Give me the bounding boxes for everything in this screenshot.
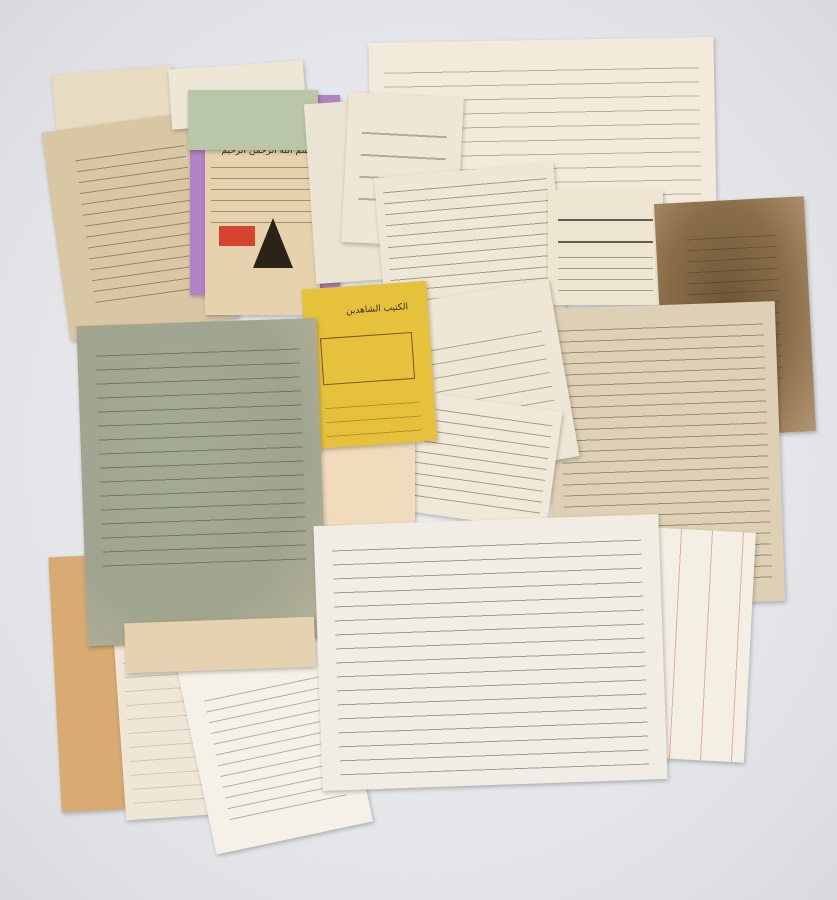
calligraphy-card: [548, 190, 663, 305]
red-label: [219, 226, 255, 246]
green-strip: [188, 90, 318, 150]
envelope-drawing: [320, 332, 415, 385]
yellow-card: الكتيب الشاهدين: [302, 281, 438, 449]
green-grey-page: [76, 318, 327, 646]
yellow-card-heading: الكتيب الشاهدين: [346, 302, 409, 316]
small-cream-note: [320, 440, 415, 525]
tree-icon: [253, 218, 293, 268]
tan-strip: [124, 617, 316, 674]
center-large-page: [313, 514, 667, 791]
